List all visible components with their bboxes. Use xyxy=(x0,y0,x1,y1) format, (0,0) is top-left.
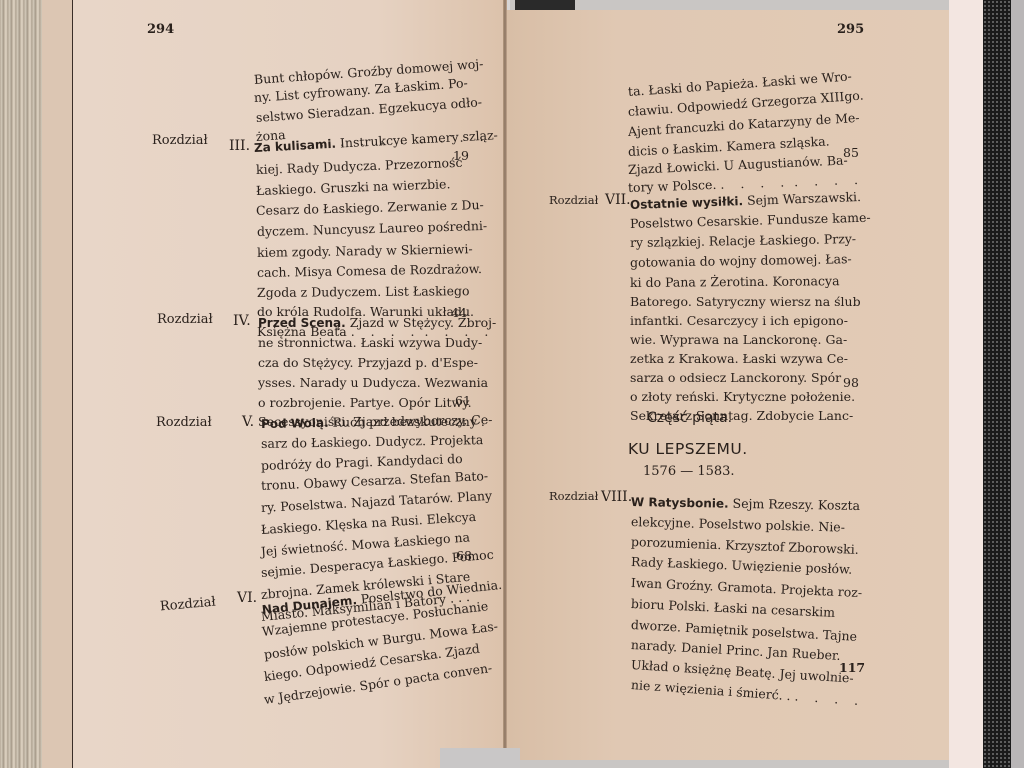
chapter-page: 117 xyxy=(839,660,865,675)
chapter-label: Rozdział xyxy=(549,489,598,503)
background-right xyxy=(1011,0,1024,768)
chapter-title: Pod Wolą. xyxy=(261,416,329,431)
chapter-numeral: VII. xyxy=(605,192,631,208)
right-page-number: 295 xyxy=(837,22,864,37)
right-flyleaf xyxy=(949,0,983,768)
chapter-title: Ostatnie wysiłki. xyxy=(630,194,744,212)
book-cover-edge xyxy=(983,0,1011,768)
page-edges-stack xyxy=(0,0,42,768)
chapter-title: Za kulisami. xyxy=(254,137,337,155)
chapter-numeral: III. xyxy=(229,138,250,154)
part-label: Część piąta. xyxy=(647,410,732,426)
left-flyleaf xyxy=(42,0,73,768)
chapter-label: Rozdział xyxy=(157,312,213,327)
background-bottom xyxy=(440,748,520,768)
chapter-numeral: IV. xyxy=(233,313,251,329)
chapter-label: Rozdział xyxy=(156,415,212,430)
chapter-title: Przed Sceną. xyxy=(258,316,346,330)
part-years: 1576 — 1583. xyxy=(643,464,735,479)
chapter-label: Rozdział xyxy=(549,193,598,207)
chapter-numeral: V. xyxy=(242,414,254,430)
chapter-label: Rozdział xyxy=(152,133,208,148)
chapter-page: 98 xyxy=(843,375,859,390)
chapter-title: W Ratysbonie. xyxy=(631,495,729,511)
chapter-numeral: VIII. xyxy=(601,489,632,505)
chapter-page: 68 xyxy=(456,548,472,563)
part-title: KU LEPSZEMU. xyxy=(628,440,748,458)
chapter-numeral: VI. xyxy=(237,590,257,606)
left-page-number: 294 xyxy=(147,22,174,37)
chapter-page: 61 xyxy=(455,393,471,408)
continuation-page: 85 xyxy=(843,145,859,160)
